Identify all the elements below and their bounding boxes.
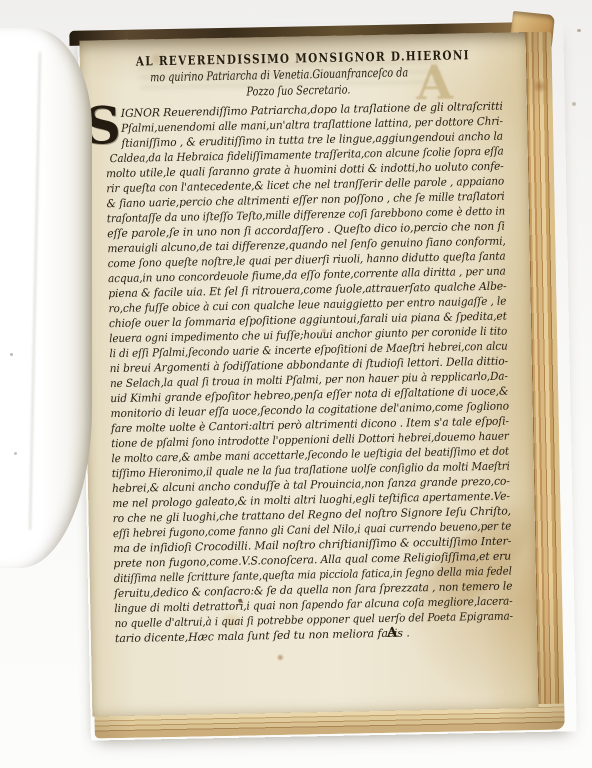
book-photograph: A AL REVERENDISSIMO MONSIGNOR D.HIERONI … — [0, 0, 592, 768]
background-speck — [577, 29, 581, 32]
background-speck — [572, 102, 576, 106]
page-speck — [14, 452, 17, 455]
signature-mark: A — [387, 625, 399, 641]
printed-page: A AL REVERENDISSIMO MONSIGNOR D.HIERONI … — [79, 32, 538, 716]
text-block: AL REVERENDISSIMO MONSIGNOR D.HIERONI mo… — [104, 47, 513, 647]
facing-page-edge — [0, 28, 92, 568]
body-text: S IGNOR Reuerendiſſimo Patriarcha,dopo l… — [105, 99, 513, 647]
page-crease — [29, 52, 41, 530]
book-block: A AL REVERENDISSIMO MONSIGNOR D.HIERONI … — [77, 19, 577, 740]
foxing-spot — [276, 654, 284, 661]
page-speck — [10, 353, 13, 356]
